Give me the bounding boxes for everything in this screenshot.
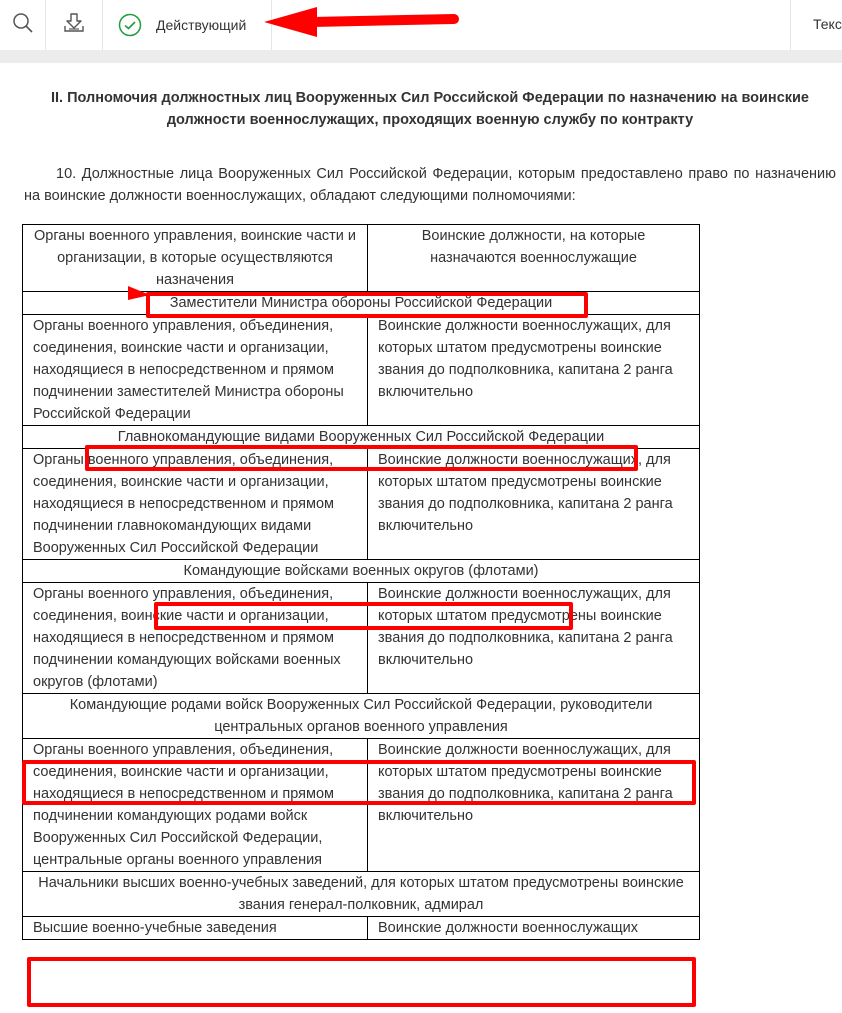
status-label: Действующий (156, 17, 246, 33)
positions-cell: Воинские должности военнослужащих, для к… (368, 739, 700, 872)
annotation-pointer-icon (126, 283, 152, 303)
group-title: Главнокомандующие видами Вооруженных Сил… (23, 426, 700, 449)
highlight-box (27, 957, 696, 1007)
toolbar-divider (102, 0, 103, 50)
group-title-row: Заместители Министра обороны Российской … (23, 292, 700, 315)
group-title: Командующие родами войск Вооруженных Сил… (23, 694, 700, 739)
positions-cell: Воинские должности военнослужащих (368, 917, 700, 940)
download-icon (63, 12, 85, 39)
group-title: Заместители Министра обороны Российской … (23, 292, 700, 315)
units-cell: Органы военного управления, объединения,… (23, 739, 368, 872)
toolbar-divider (790, 0, 791, 50)
table-row: Органы военного управления, объединения,… (23, 315, 700, 426)
download-button[interactable] (46, 0, 102, 50)
units-cell: Органы военного управления, объединения,… (23, 449, 368, 560)
search-button[interactable] (0, 0, 45, 50)
section-heading: II. Полномочия должностных лиц Вооруженн… (30, 87, 830, 131)
positions-cell: Воинские должности военнослужащих, для к… (368, 449, 700, 560)
group-title-row: Командующие родами войск Вооруженных Сил… (23, 694, 700, 739)
paragraph-10: 10. Должностные лица Вооруженных Сил Рос… (24, 163, 836, 207)
header-cell-positions: Воинские должности, на которые назначают… (368, 225, 700, 292)
units-cell: Органы военного управления, объединения,… (23, 583, 368, 694)
group-title-row: Командующие войсками военных округов (фл… (23, 560, 700, 583)
powers-table: Органы военного управления, воинские час… (22, 224, 700, 940)
table-header-row: Органы военного управления, воинские час… (23, 225, 700, 292)
table-row: Органы военного управления, объединения,… (23, 583, 700, 694)
table-row: Органы военного управления, объединения,… (23, 449, 700, 560)
units-cell: Органы военного управления, объединения,… (23, 315, 368, 426)
check-circle-icon (118, 13, 142, 37)
text-tab[interactable]: Текс (813, 16, 842, 32)
group-title-row: Главнокомандующие видами Вооруженных Сил… (23, 426, 700, 449)
annotation-arrow-icon (262, 2, 462, 42)
table-row: Органы военного управления, объединения,… (23, 739, 700, 872)
positions-cell: Воинские должности военнослужащих, для к… (368, 315, 700, 426)
group-title: Командующие войсками военных округов (фл… (23, 560, 700, 583)
status-indicator: Действующий (118, 0, 246, 50)
group-title-row: Начальники высших военно-учебных заведен… (23, 872, 700, 917)
header-cell-units: Органы военного управления, воинские час… (23, 225, 368, 292)
positions-cell: Воинские должности военнослужащих, для к… (368, 583, 700, 694)
group-title: Начальники высших военно-учебных заведен… (23, 872, 700, 917)
table-row: Высшие военно-учебные заведения Воинские… (23, 917, 700, 940)
search-icon (12, 12, 34, 39)
toolbar-shadow-bar (0, 50, 842, 63)
units-cell: Высшие военно-учебные заведения (23, 917, 368, 940)
